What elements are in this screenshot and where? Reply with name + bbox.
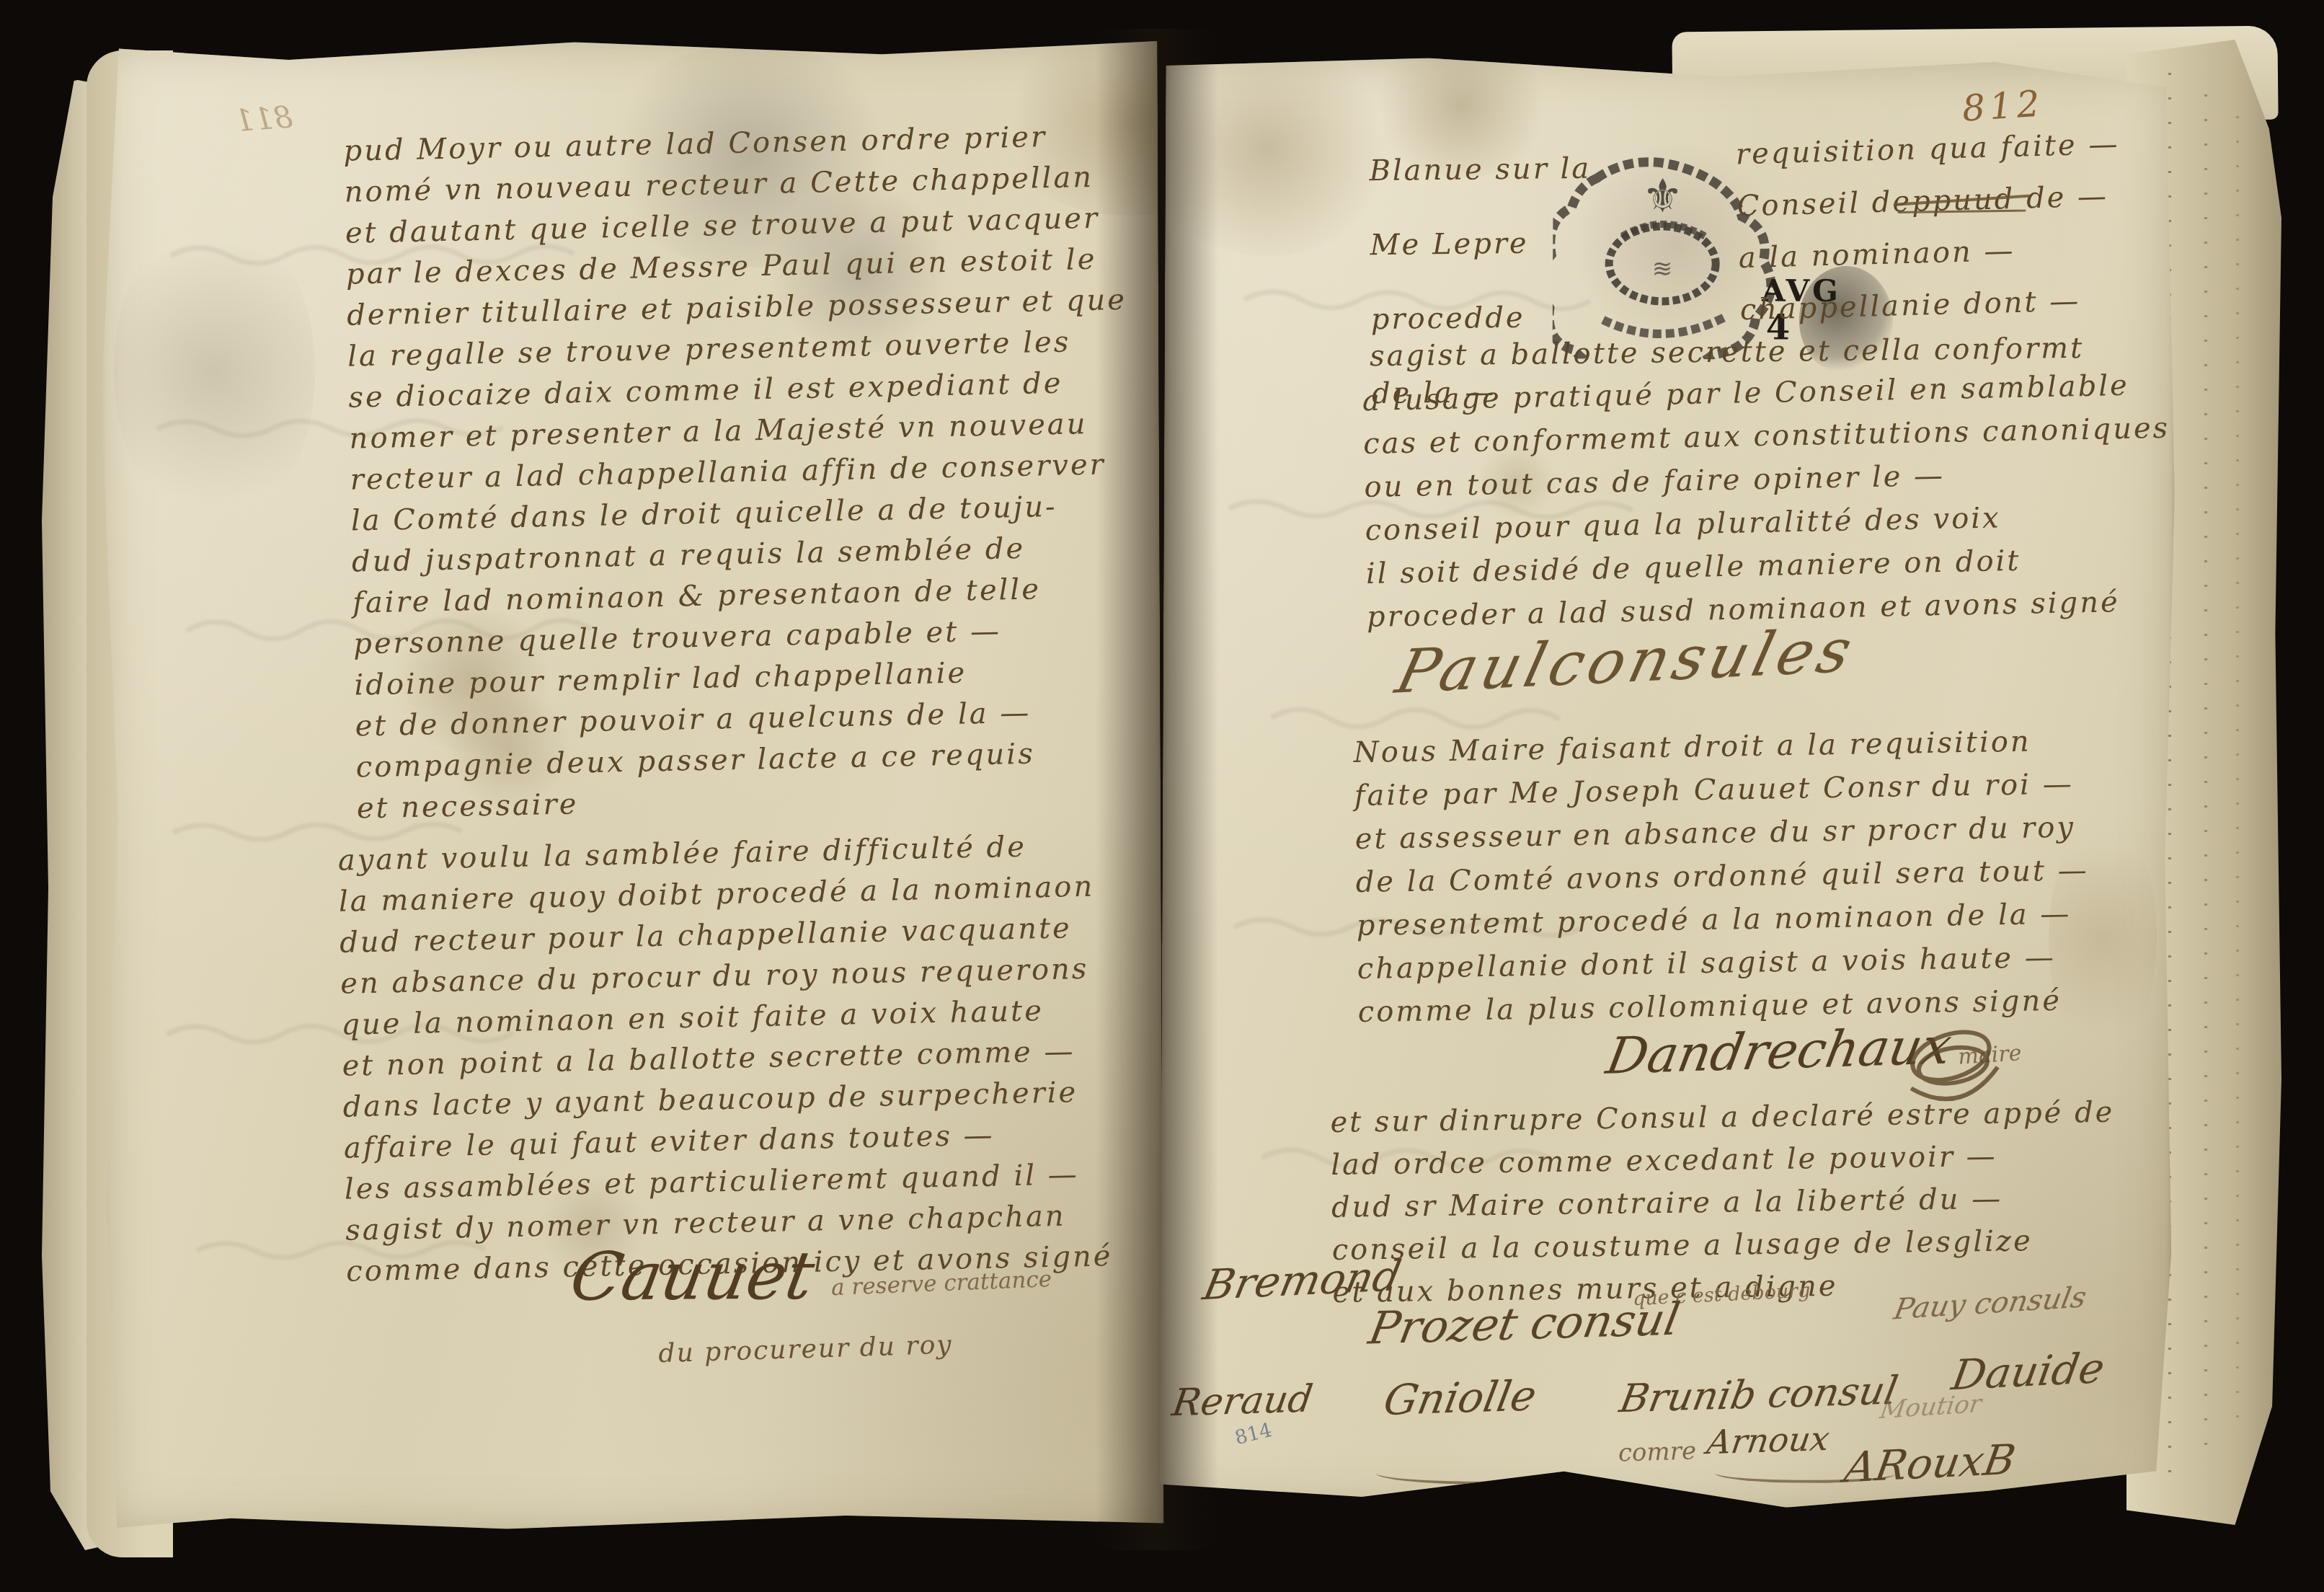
manuscript-line: Blanue sur la — [1369, 132, 1592, 208]
paper-stain — [113, 212, 316, 530]
book-scan: 811 pud Moyr ou autre lad Consen ordre p… — [0, 0, 2324, 1592]
signature-cauuet: Cauuet — [565, 1237, 820, 1316]
manuscript-paragraph: Nous Maire faisant droit a la requisitio… — [1353, 719, 2091, 1034]
signature-gniolle-title: comre — [1618, 1436, 1696, 1467]
signature-gniolle: Gniolle — [1380, 1371, 1540, 1425]
showthrough-folio-number: 811 — [234, 99, 294, 138]
manuscript-line: chappellanie dont — — [1739, 274, 2124, 336]
paper-stain — [1136, 40, 1396, 257]
pencil-foliation-number: 814 — [1233, 1419, 1274, 1449]
manuscript-paragraph: a lusage pratiqué par le Conseil en samb… — [1362, 363, 2173, 639]
left-page: 811 pud Moyr ou autre lad Consen ordre p… — [97, 35, 1163, 1534]
manuscript-paragraph: et sur dinrupre Consul a declaré estre a… — [1330, 1092, 2117, 1314]
signature-prozet: Prozet consul — [1365, 1293, 1684, 1355]
stamp-basket-mark: ≋ — [1652, 255, 1673, 283]
stamp-fleur-de-lis-icon: ⚜ — [1642, 170, 1684, 224]
signature-bremond: Bremond — [1199, 1251, 1406, 1309]
signature-underline-swash — [1715, 1464, 1895, 1483]
manuscript-paragraph: ayant voulu la samblée faire difficulté … — [337, 825, 1113, 1292]
manuscript-line: Me Lepre — [1370, 206, 1592, 283]
manuscript-paragraph: pud Moyr ou autre lad Consen ordre prier… — [343, 115, 1137, 830]
signature-underline-swash — [1376, 1462, 1585, 1485]
signature-reraud: Reraud — [1169, 1378, 1315, 1425]
signature-arnoux: Arnoux — [1705, 1419, 1832, 1461]
signature-aroux: ARouxB — [1841, 1435, 2019, 1492]
leaf-edge-ink-ticks — [2236, 105, 2239, 1438]
leaf-edge-ink-ticks — [2204, 83, 2207, 1453]
signature-brunib: Brunib consul — [1616, 1368, 1901, 1422]
signature-subscript: du procureur du roy — [658, 1330, 953, 1368]
signature-moutior: Moutior — [1878, 1389, 1983, 1425]
manuscript-paragraph: requisition qua faite —Conseil deppuud d… — [1735, 118, 2124, 336]
right-page: 812 ⚜ ≋ AVG 4 Blanue sur laMe Lepreproce… — [1160, 54, 2177, 1515]
